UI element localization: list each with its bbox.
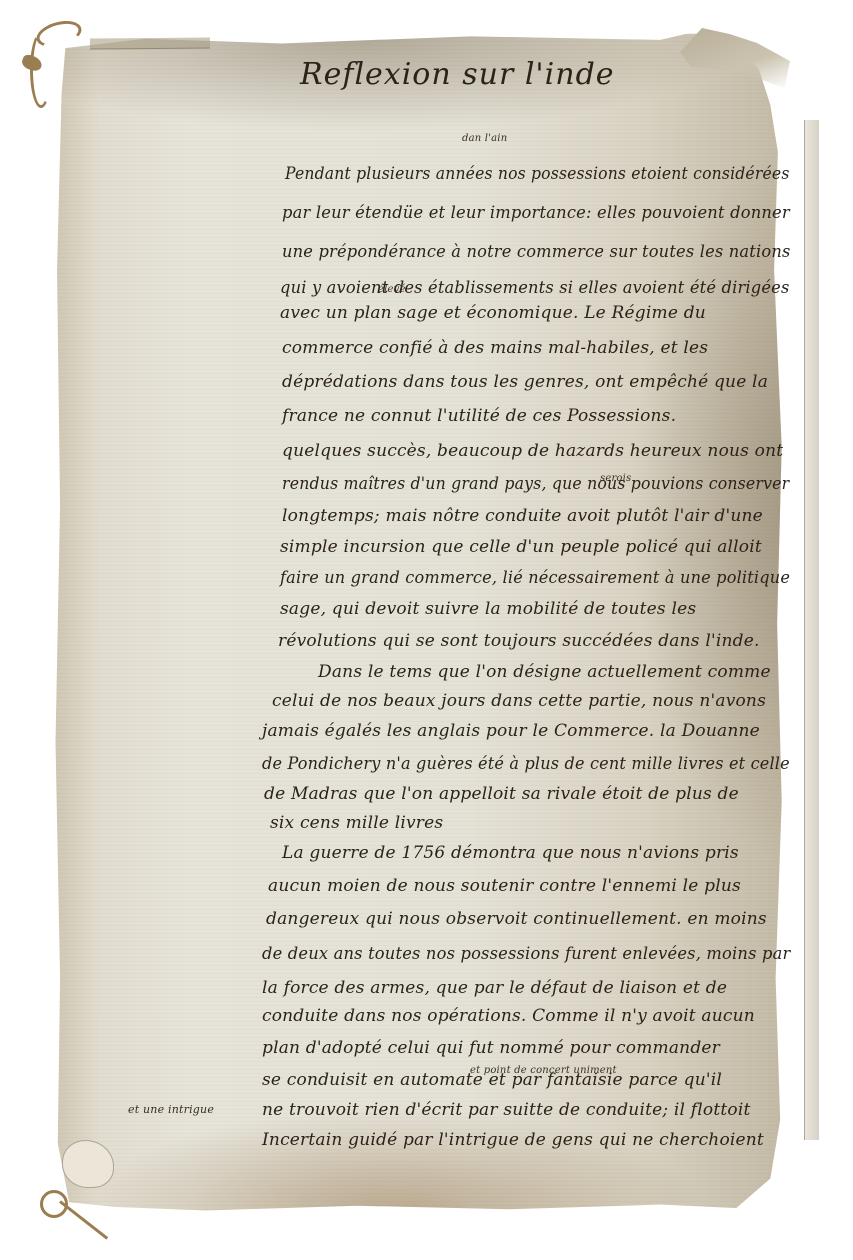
manuscript-line: qui y avoient des établissements si elle… <box>280 280 789 297</box>
manuscript-line: celui de nos beaux jours dans cette part… <box>272 693 766 710</box>
manuscript-line: quelques succès, beaucoup de hazards heu… <box>282 443 783 460</box>
manuscript-line: aucun moien de nous soutenir contre l'en… <box>268 878 741 895</box>
manuscript-line: de deux ans toutes nos possessions furen… <box>262 946 790 963</box>
manuscript-line: plan d'adopté celui qui fut nommé pour c… <box>262 1040 720 1057</box>
manuscript-line: faire un grand commerce, lié nécessairem… <box>280 570 790 587</box>
manuscript-line: révolutions qui se sont toujours succédé… <box>278 633 760 650</box>
margin-note: et une intrigue <box>128 1104 214 1115</box>
manuscript-line: la force des armes, que par le défaut de… <box>262 980 727 997</box>
manuscript-line: conduite dans nos opérations. Comme il n… <box>262 1008 755 1025</box>
torn-edge-top-left <box>90 37 210 49</box>
manuscript-title: Reflexion sur l'inde <box>300 60 615 90</box>
manuscript-photo: Reflexion sur l'inde dan l'ain élevé ser… <box>0 0 853 1260</box>
manuscript-line: jamais égalés les anglais pour le Commer… <box>262 723 760 740</box>
manuscript-line: avec un plan sage et économique. Le Régi… <box>280 305 706 322</box>
manuscript-line: de Pondichery n'a guères été à plus de c… <box>262 756 790 773</box>
manuscript-line: ne trouvoit rien d'écrit par suitte de c… <box>262 1102 751 1119</box>
manuscript-line: déprédations dans tous les genres, ont e… <box>282 374 768 391</box>
manuscript-line: La guerre de 1756 démontra que nous n'av… <box>282 845 739 862</box>
binding-twine-bottom-tail <box>59 1200 108 1239</box>
manuscript-line: une prépondérance à notre commerce sur t… <box>282 244 791 261</box>
manuscript-line: commerce confié à des mains mal-habiles,… <box>282 340 708 357</box>
manuscript-line: dangereux qui nous observoit continuelle… <box>266 911 767 928</box>
manuscript-line: par leur étendüe et leur importance: ell… <box>282 205 790 222</box>
interlinear-note: dan l'ain <box>462 134 507 144</box>
manuscript-line: se conduisit en automate et par fantaisi… <box>262 1072 722 1089</box>
manuscript-line: france ne connut l'utilité de ces Posses… <box>282 408 676 425</box>
manuscript-line: Pendant plusieurs années nos possessions… <box>285 166 790 183</box>
manuscript-line: simple incursion que celle d'un peuple p… <box>280 539 762 556</box>
manuscript-line: rendus maîtres d'un grand pays, que nous… <box>282 476 789 493</box>
manuscript-line: Incertain guidé par l'intrigue de gens q… <box>262 1132 764 1149</box>
manuscript-line: de Madras que l'on appelloit sa rivale é… <box>264 786 739 803</box>
manuscript-line: Dans le tems que l'on désigne actuelleme… <box>318 664 771 681</box>
right-edge-fold <box>804 120 819 1140</box>
manuscript-line: six cens mille livres <box>270 815 443 832</box>
manuscript-line: sage, qui devoit suivre la mobilité de t… <box>280 601 696 618</box>
manuscript-line: longtemps; mais nôtre conduite avoit plu… <box>282 508 763 525</box>
